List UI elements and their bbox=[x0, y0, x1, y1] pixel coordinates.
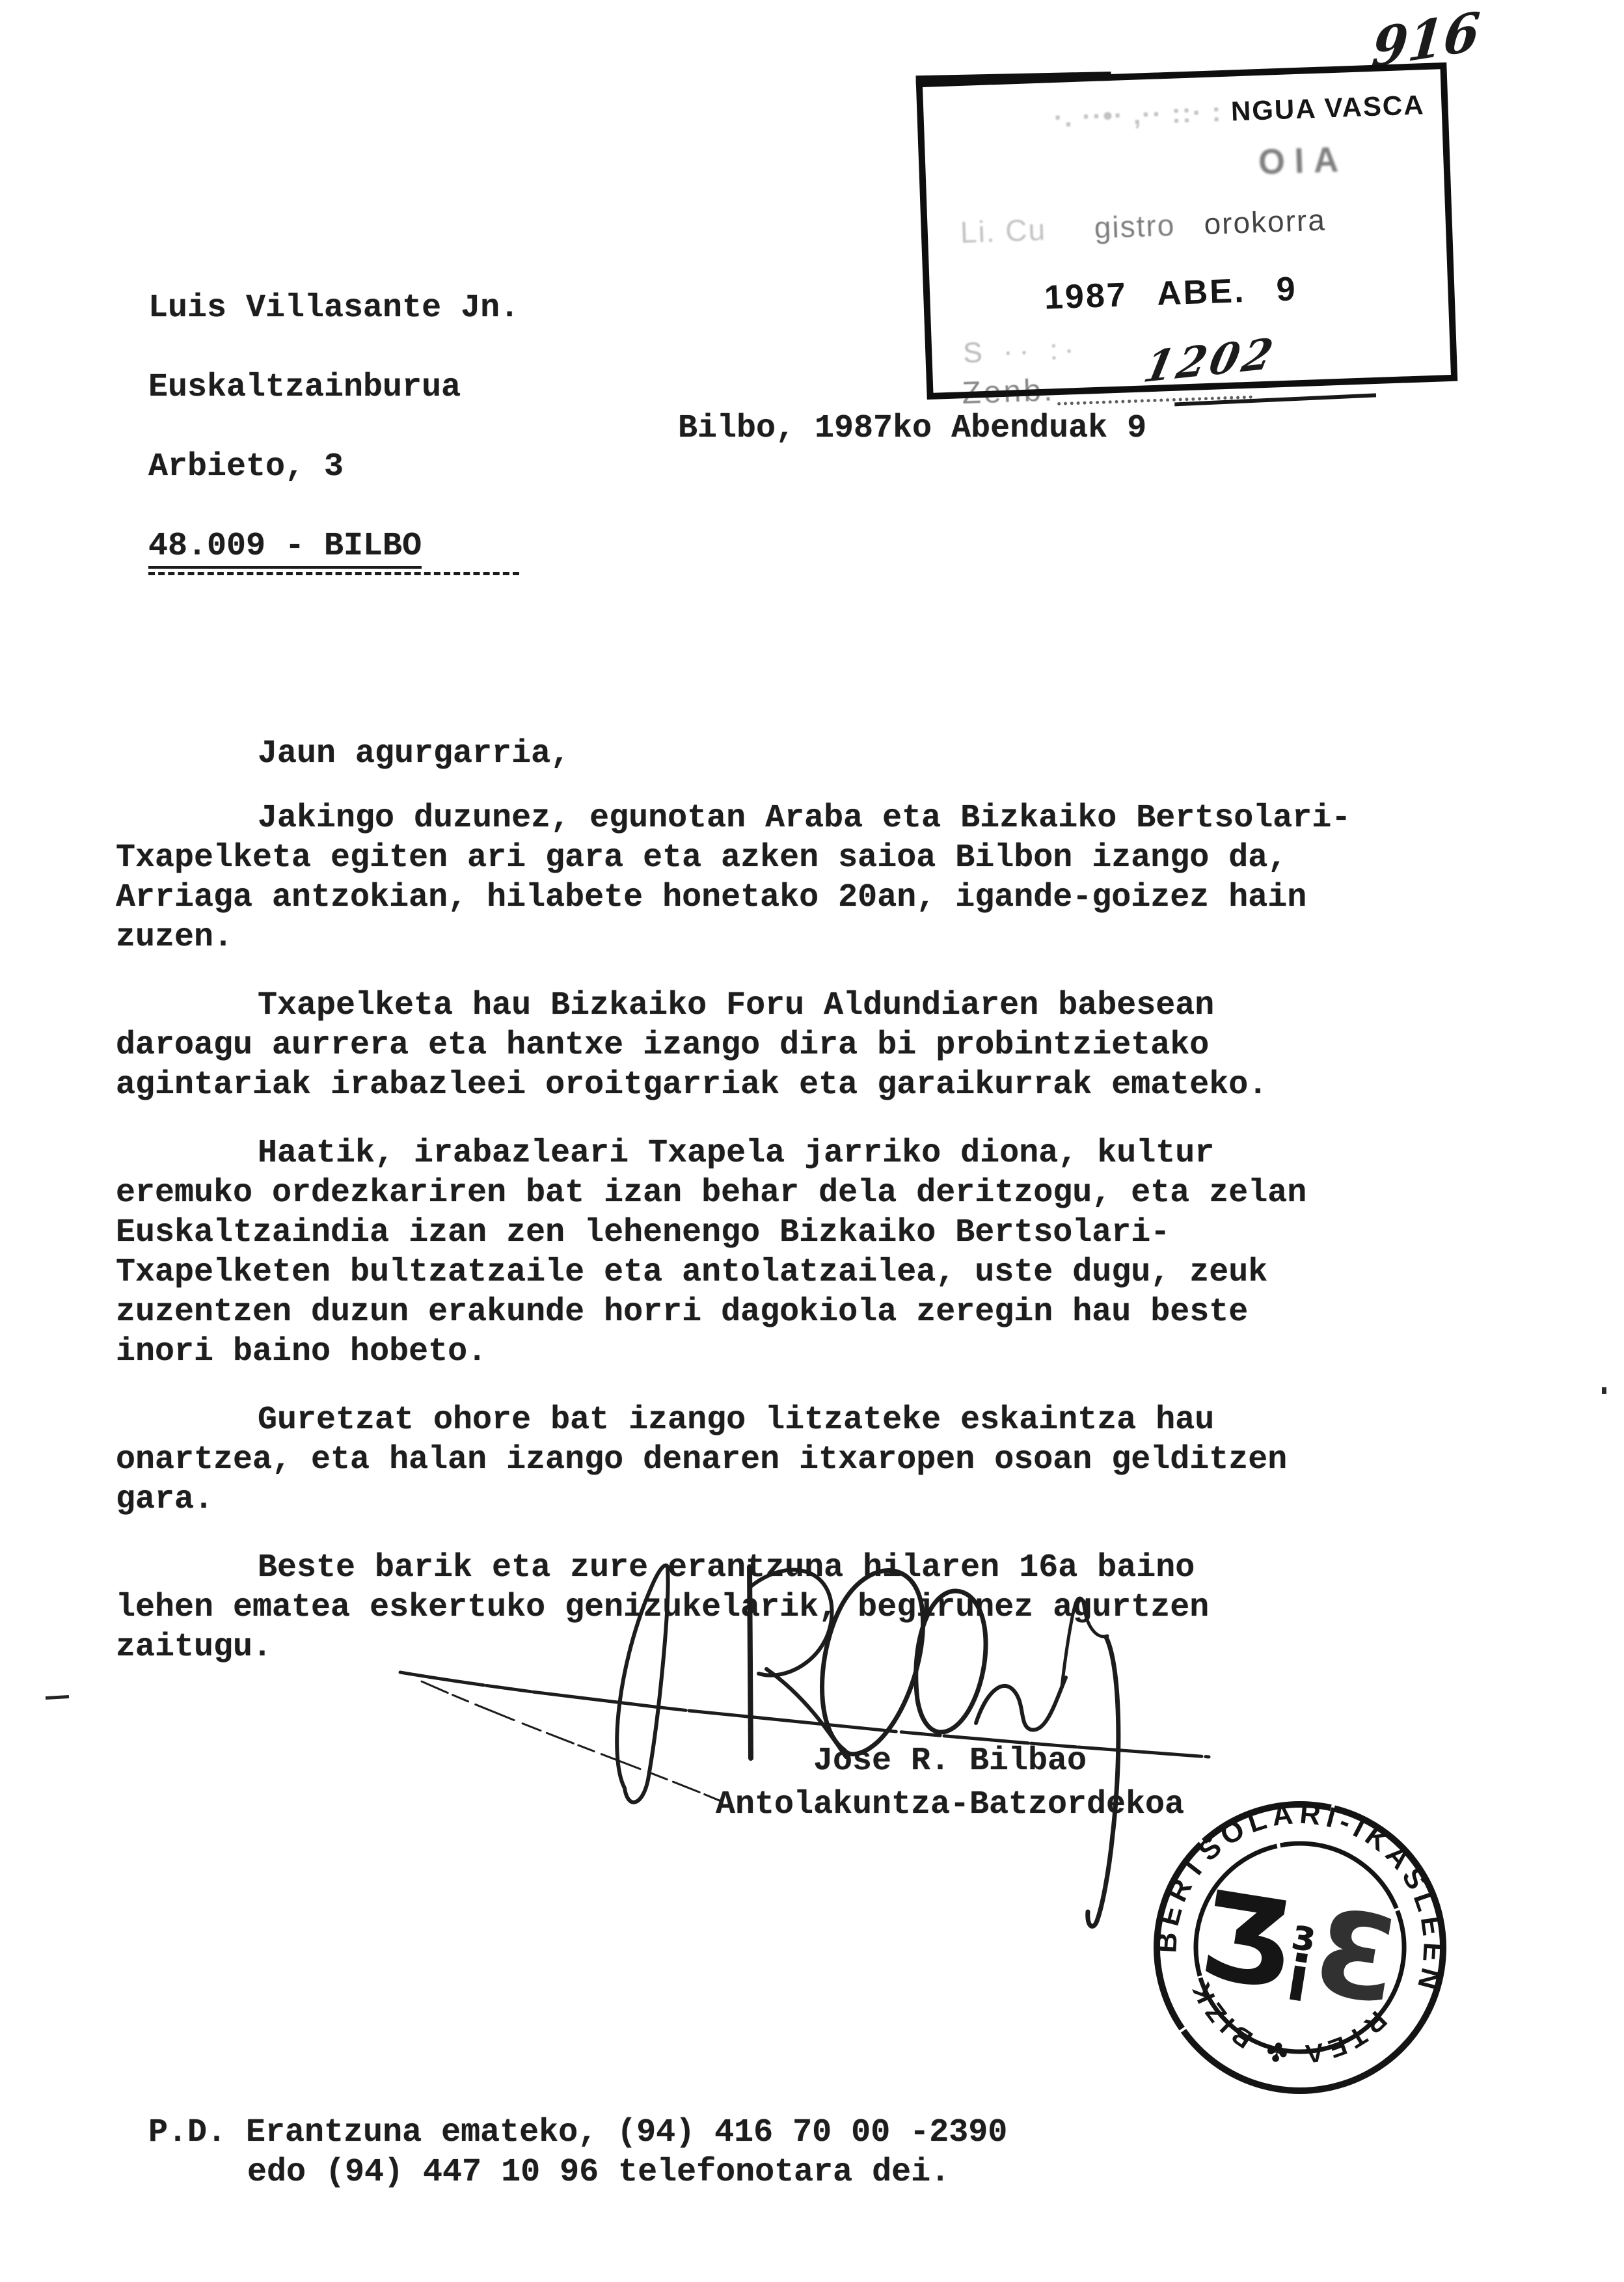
postscript-line-2: edo (94) 447 10 96 telefonotara dei. bbox=[148, 2153, 1007, 2192]
scanned-letter-page: 916 ·. ··•· ,·· ::· : NGUA VASCA OIA Li.… bbox=[0, 0, 1624, 2282]
signature-name: Jose R. Bilbao bbox=[657, 1741, 1243, 1781]
postscript-line-1: P.D.Erantzuna emateko, (94) 416 70 00 -2… bbox=[148, 2073, 1007, 2153]
stamp-monogram-right-glyph: Ɛ bbox=[1306, 1884, 1407, 2031]
postscript-label: P.D. bbox=[148, 2114, 226, 2151]
association-round-stamp: BERTSOLARI-IKASLEEN ELKARTEA ✤ BIZKAIKO … bbox=[1147, 1795, 1453, 2100]
postscript-block: P.D.Erantzuna emateko, (94) 416 70 00 -2… bbox=[148, 2073, 1007, 2192]
scan-artifact-dot bbox=[1602, 1387, 1606, 1394]
postscript-text-1: Erantzuna emateko, (94) 416 70 00 -2390 bbox=[246, 2114, 1007, 2151]
